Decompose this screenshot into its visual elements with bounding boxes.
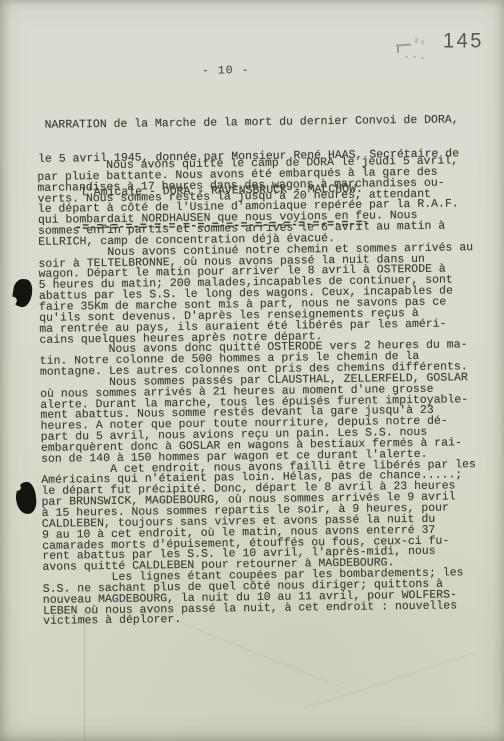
paragraph: Nous avons quitté le camp de DORA le jeu… <box>37 156 473 248</box>
paragraph: A cet endroit, nous avons failli être li… <box>41 460 477 574</box>
paragraph: Nous sommes passés par CLAUSTHAL, ZELLER… <box>40 373 476 465</box>
paragraph: Nous avons continué notre chemin et somm… <box>38 243 474 346</box>
paper-crease <box>84 610 85 741</box>
document-body: Nous avons quitté le camp de DORA le jeu… <box>37 156 478 628</box>
paragraph: Les lignes étant coupées par les bombard… <box>43 568 478 628</box>
scanned-page: 145 - 10 - NARRATION de la Marche de la … <box>0 0 504 741</box>
typewritten-text-layer: - 10 - NARRATION de la Marche de la mort… <box>0 0 504 741</box>
title-line: NARRATION de la Marche de la mort du der… <box>38 114 459 131</box>
page-number: - 10 - <box>202 64 250 78</box>
